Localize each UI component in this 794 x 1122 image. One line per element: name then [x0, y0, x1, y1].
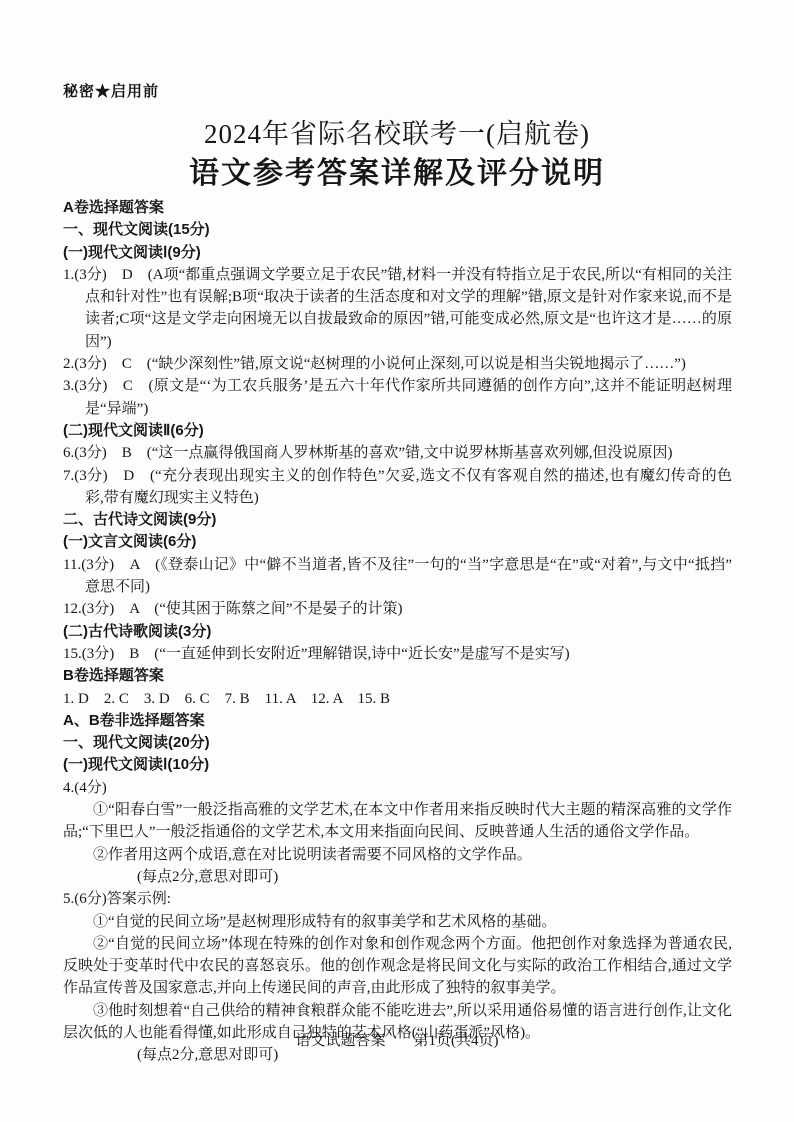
section-heading: (一)文言文阅读(6分): [63, 531, 732, 553]
document-page: 秘密★启用前 2024年省际名校联考一(启航卷) 语文参考答案详解及评分说明 A…: [0, 0, 794, 1122]
answer-item: 5.(6分)答案示例:: [63, 888, 732, 910]
answer-item: 11.(3分) A (《登泰山记》中“僻不当道者,皆不及往”一句的“当”字意思是…: [63, 554, 732, 599]
document-subtitle: 语文参考答案详解及评分说明: [0, 148, 794, 192]
section-heading: (一)现代文阅读Ⅰ(9分): [63, 242, 732, 264]
answer-item: 1. D 2. C 3. D 6. C 7. B 11. A 12. A 15.…: [63, 688, 732, 710]
answer-item: 6.(3分) B (“这一点赢得俄国商人罗林斯基的喜欢”错,文中说罗林斯基喜欢列…: [63, 442, 732, 464]
document-title: 2024年省际名校联考一(启航卷): [0, 112, 794, 151]
section-heading: A、B卷非选择题答案: [63, 710, 732, 732]
answer-item: 2.(3分) C (“缺少深刻性”错,原文说“赵树理的小说何止深刻,可以说是相当…: [63, 353, 732, 375]
answer-item: 15.(3分) B (“一直延伸到长安附近”理解错误,诗中“近长安”是虚写不是实…: [63, 643, 732, 665]
answer-item: 7.(3分) D (“充分表现出现实主义的创作特色”欠妥,选文不仅有客观自然的描…: [63, 465, 732, 510]
section-heading: B卷选择题答案: [63, 665, 732, 687]
page-footer: 语文试题答案第1页(共4页): [0, 1029, 794, 1050]
answer-item: 3.(3分) C (原文是“‘为工农兵服务’是五六十年代作家所共同遵循的创作方向…: [63, 375, 732, 420]
answer-item: 12.(3分) A (“使其困于陈蔡之间”不是晏子的计策): [63, 598, 732, 620]
answer-paragraph: ②作者用这两个成语,意在对比说明读者需要不同风格的文学作品。: [63, 844, 732, 866]
answer-paragraph: ②“自觉的民间立场”体现在特殊的创作对象和创作观念两个方面。他把创作对象选择为普…: [63, 933, 732, 1000]
answer-paragraph: ①“阳春白雪”一般泛指高雅的文学艺术,在本文中作者用来指反映时代大主题的精深高雅…: [63, 799, 732, 844]
scoring-note: (每点2分,意思对即可): [63, 866, 732, 888]
section-heading: A卷选择题答案: [63, 197, 732, 219]
security-notice: 秘密★启用前: [63, 80, 159, 101]
answer-item: 4.(4分): [63, 777, 732, 799]
document-body: A卷选择题答案一、现代文阅读(15分)(一)现代文阅读Ⅰ(9分)1.(3分) D…: [63, 197, 732, 1067]
footer-doc-label: 语文试题答案: [295, 1033, 385, 1049]
answer-paragraph: ①“自觉的民间立场”是赵树理形成特有的叙事美学和艺术风格的基础。: [63, 911, 732, 933]
section-heading: 二、古代诗文阅读(9分): [63, 509, 732, 531]
answer-item: 1.(3分) D (A项“都重点强调文学要立足于农民”错,材料一并没有特指立足于…: [63, 264, 732, 353]
section-heading: (二)古代诗歌阅读(3分): [63, 621, 732, 643]
section-heading: (二)现代文阅读Ⅱ(6分): [63, 420, 732, 442]
section-heading: (一)现代文阅读Ⅰ(10分): [63, 754, 732, 776]
section-heading: 一、现代文阅读(20分): [63, 732, 732, 754]
section-heading: 一、现代文阅读(15分): [63, 219, 732, 241]
footer-page-number: 第1页(共4页): [414, 1033, 499, 1049]
